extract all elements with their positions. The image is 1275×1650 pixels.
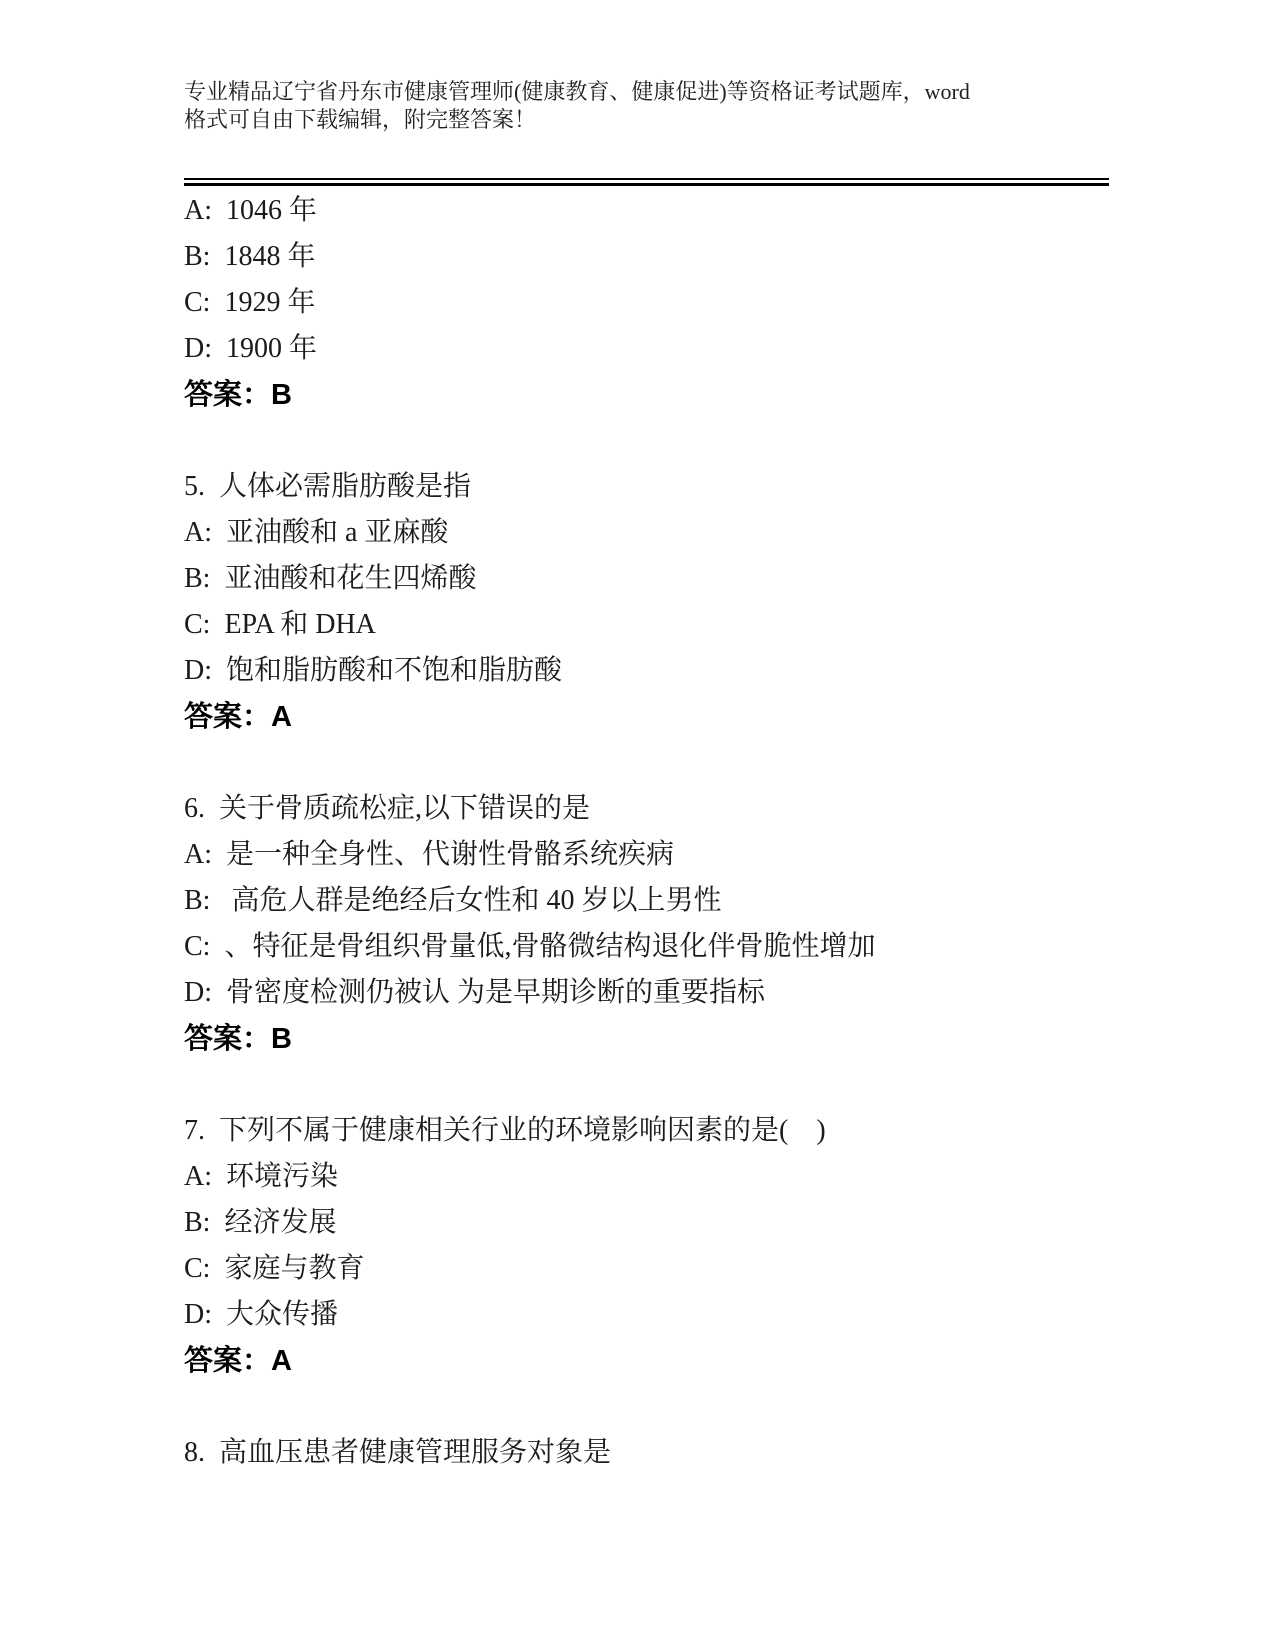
question-stem: 8. 高血压患者健康管理服务对象是 xyxy=(184,1430,1109,1476)
question-block: 7. 下列不属于健康相关行业的环境影响因素的是( )A: 环境污染B: 经济发展… xyxy=(184,1108,1109,1384)
answer-line: 答案：A xyxy=(184,1338,1109,1384)
option-line: D: 饱和脂肪酸和不饱和脂肪酸 xyxy=(184,648,1109,694)
option-line: D: 大众传播 xyxy=(184,1292,1109,1338)
question-block: 6. 关于骨质疏松症,以下错误的是A: 是一种全身性、代谢性骨骼系统疾病B: 高… xyxy=(184,786,1109,1062)
option-line: B: 1848 年 xyxy=(184,234,1109,280)
question-list: A: 1046 年B: 1848 年C: 1929 年D: 1900 年答案：B… xyxy=(184,188,1109,1476)
option-line: C: EPA 和 DHA xyxy=(184,602,1109,648)
option-line: A: 是一种全身性、代谢性骨骼系统疾病 xyxy=(184,832,1109,878)
page-content: 专业精品辽宁省丹东市健康管理师(健康教育、健康促进)等资格证考试题库，word … xyxy=(0,0,1275,1476)
option-line: D: 1900 年 xyxy=(184,326,1109,372)
header-divider xyxy=(184,178,1109,186)
header-line-1: 专业精品辽宁省丹东市健康管理师(健康教育、健康促进)等资格证考试题库，word xyxy=(184,78,1109,106)
question-stem: 6. 关于骨质疏松症,以下错误的是 xyxy=(184,786,1109,832)
answer-line: 答案：A xyxy=(184,694,1109,740)
option-line: D: 骨密度检测仍被认 为是早期诊断的重要指标 xyxy=(184,970,1109,1016)
header-line-2: 格式可自由下载编辑，附完整答案！ xyxy=(184,106,1109,134)
option-line: A: 环境污染 xyxy=(184,1154,1109,1200)
question-block: 5. 人体必需脂肪酸是指A: 亚油酸和 a 亚麻酸B: 亚油酸和花生四烯酸C: … xyxy=(184,464,1109,740)
question-stem: 5. 人体必需脂肪酸是指 xyxy=(184,464,1109,510)
option-line: B: 亚油酸和花生四烯酸 xyxy=(184,556,1109,602)
answer-line: 答案：B xyxy=(184,1016,1109,1062)
option-line: C: 、特征是骨组织骨量低,骨骼微结构退化伴骨脆性增加 xyxy=(184,924,1109,970)
answer-line: 答案：B xyxy=(184,372,1109,418)
option-line: B: 高危人群是绝经后女性和 40 岁以上男性 xyxy=(184,878,1109,924)
option-line: A: 亚油酸和 a 亚麻酸 xyxy=(184,510,1109,556)
question-block: 8. 高血压患者健康管理服务对象是 xyxy=(184,1430,1109,1476)
option-line: B: 经济发展 xyxy=(184,1200,1109,1246)
page-header: 专业精品辽宁省丹东市健康管理师(健康教育、健康促进)等资格证考试题库，word … xyxy=(184,78,1109,186)
question-block: A: 1046 年B: 1848 年C: 1929 年D: 1900 年答案：B xyxy=(184,188,1109,418)
option-line: C: 家庭与教育 xyxy=(184,1246,1109,1292)
option-line: C: 1929 年 xyxy=(184,280,1109,326)
document-page: 专业精品辽宁省丹东市健康管理师(健康教育、健康促进)等资格证考试题库，word … xyxy=(0,0,1275,1650)
question-stem: 7. 下列不属于健康相关行业的环境影响因素的是( ) xyxy=(184,1108,1109,1154)
option-line: A: 1046 年 xyxy=(184,188,1109,234)
